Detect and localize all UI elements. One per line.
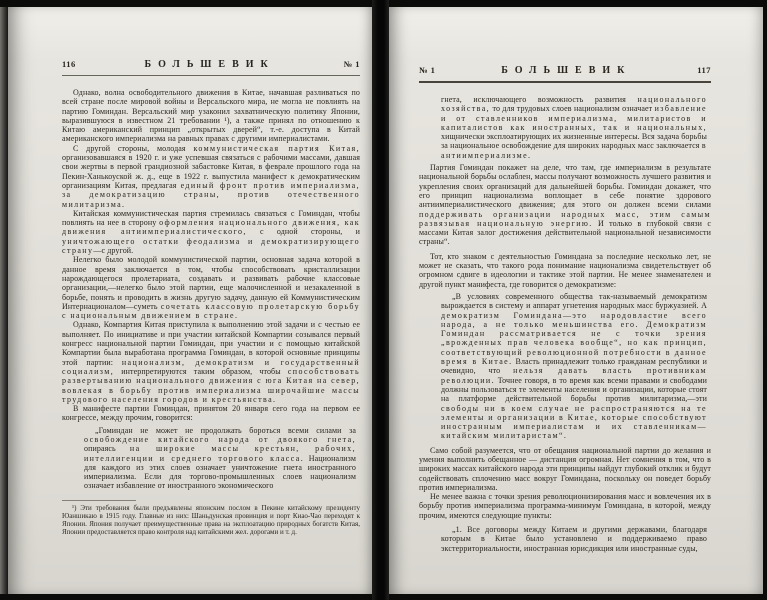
body-paragraph: Тот, кто знаком с деятельностью Гоминдан… [419,252,711,289]
body-paragraph: Однако, Компартия Китая приступила к вып… [62,320,360,404]
journal-title: БОЛЬШЕВИК [145,59,275,70]
text-run: „1. Все договоры между Китаем и другими … [441,525,707,553]
quote-paragraph: „1. Все договоры между Китаем и другими … [441,525,711,553]
page-number-left: 116 [62,59,76,69]
text-run: Однако, волна освободительного движения … [62,88,360,143]
journal-title: БОЛЬШЕВИК [501,65,631,76]
page-number-right: 117 [697,65,711,75]
text-run: интерпретируются таким образом, чтобы [114,367,288,376]
text-run: В манифесте партии Гоминдан, принятом 20… [62,404,360,422]
scan-left-edge [0,7,8,594]
emphasized-text: коммунистическая партия Китая, [193,144,360,153]
body-paragraph: Партия Гоминдан покажет на деле, что там… [419,163,711,247]
footnote-rule [62,500,136,501]
text-column-left: Однако, волна освободительного движения … [62,88,360,491]
text-run: Не менее важна с точки зрения революцион… [419,492,711,520]
text-run: „Гоминдан не может не продолжать боротьс… [95,426,356,435]
emphasized-text: освобождение китайского народа от двояко… [84,435,356,444]
text-run: ¹) Эти требования были предъявлены японс… [62,504,360,537]
text-run: —с другой. [93,246,133,255]
quote-paragraph: „Гоминдан не может не продолжать боротьс… [84,426,360,491]
emphasized-text: свободы ни в коем случае не распространя… [441,404,707,441]
text-run: С другой стороны, молодая [73,144,193,153]
text-run: то для трудовых слоев национализм означа… [490,104,655,113]
body-paragraph: Само собой разумеется, что от обещания н… [419,446,711,492]
text-column-right: гнета, исключающего возможность развития… [419,95,711,553]
body-paragraph: С другой стороны, молодая коммунистическ… [62,144,360,209]
text-run: Партия Гоминдан покажет на деле, что там… [419,163,711,209]
binding-gutter [372,0,389,600]
text-run: опираясь [84,444,130,453]
page-right-header: № 1 БОЛЬШЕВИК 117 [419,65,711,83]
body-paragraph: Однако, волна освободительного движения … [62,88,360,144]
page-left: 116 БОЛЬШЕВИК № 1 Однако, волна освободи… [8,7,372,594]
quote-paragraph: гнета, исключающего возможность развития… [441,95,711,160]
body-paragraph: Нелегко было молодой коммунистической па… [62,255,360,320]
body-paragraph: ¹) Эти требования были предъявлены японс… [62,504,360,537]
footnote: ¹) Эти требования были предъявлены японс… [62,504,360,537]
issue-number: № 1 [344,59,360,69]
book-spread-scan: 116 БОЛЬШЕВИК № 1 Однако, волна освободи… [0,0,767,600]
body-paragraph: В манифесте партии Гоминдан, принятом 20… [62,404,360,423]
body-paragraph: Не менее важна с точки зрения революцион… [419,492,711,520]
text-run: гнета, исключающего возможность развития [441,95,637,104]
text-run: Само собой разумеется, что от обещания н… [419,446,711,492]
page-right: № 1 БОЛЬШЕВИК 117 гнета, исключающего во… [389,7,763,594]
text-run: „В условиях современного общества так-на… [441,292,707,310]
issue-number: № 1 [419,65,435,75]
text-run: с одной стороны, и [247,227,360,236]
page-left-header: 116 БОЛЬШЕВИК № 1 [62,59,360,76]
body-paragraph: Китайская коммунистическая партия стреми… [62,209,360,255]
text-run: Тот, кто знаком с деятельностью Гоминдан… [419,252,711,289]
quote-paragraph: „В условиях современного общества так-на… [441,292,711,441]
text-run: хищнически эксплоатирующих их жизненные … [441,132,707,150]
